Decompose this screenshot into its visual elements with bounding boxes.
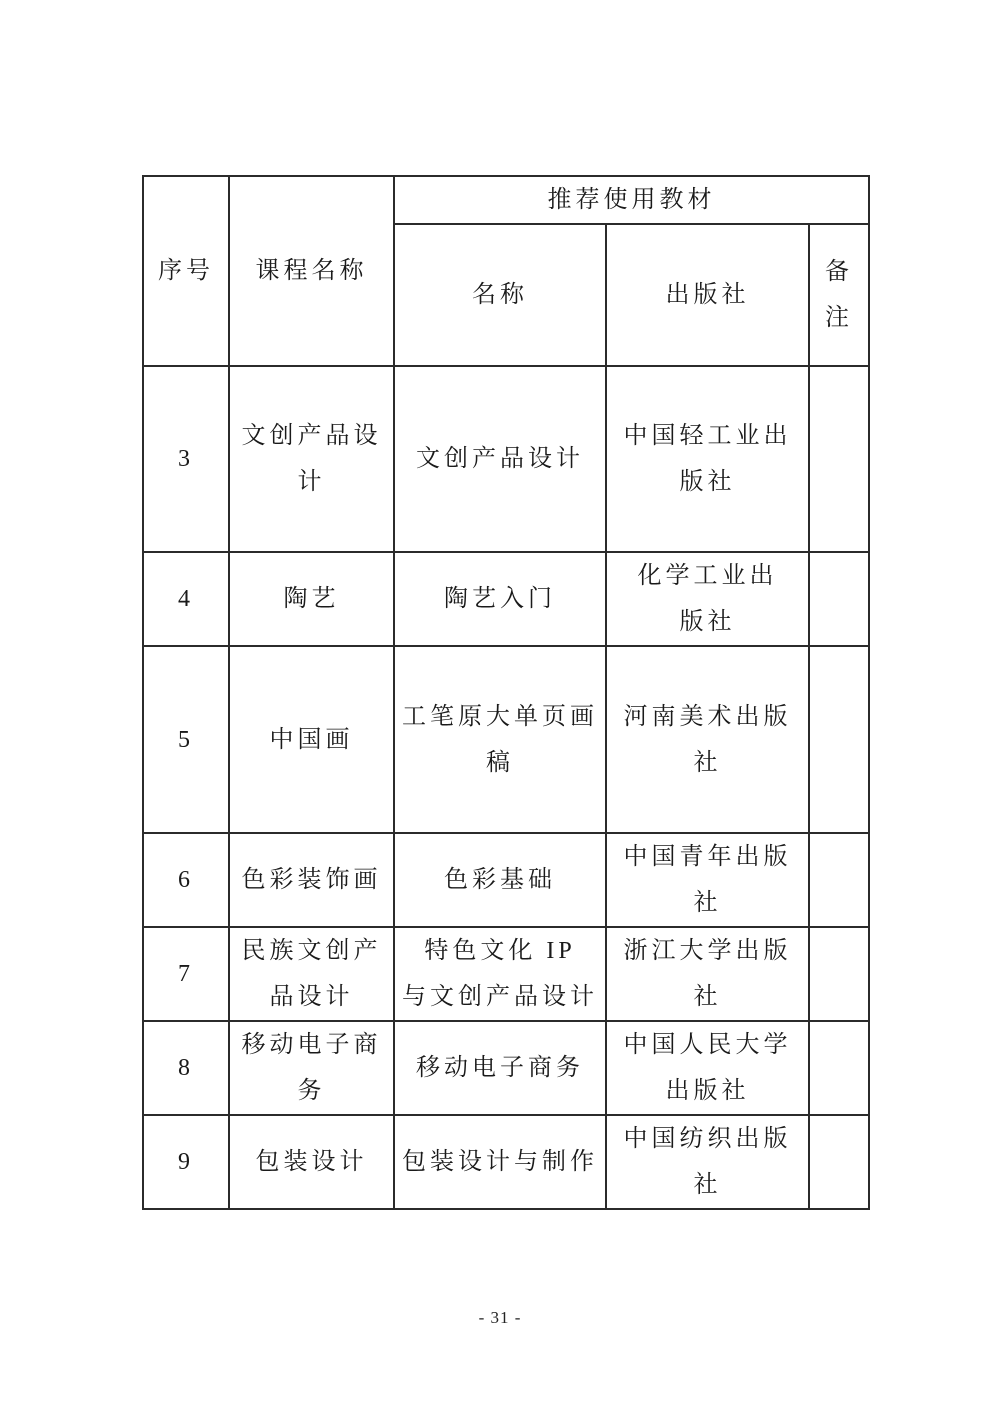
remarks-cell [809, 366, 869, 552]
table-row: 7 民族文创产 品设计 特色文化 IP 与文创产品设计 浙江大学出版 社 [143, 927, 869, 1021]
remarks-cell [809, 1021, 869, 1115]
remarks-cell [809, 927, 869, 1021]
row-no: 9 [143, 1115, 229, 1209]
row-no: 6 [143, 833, 229, 927]
course-name-cell: 移动电子商 务 [229, 1021, 394, 1115]
course-name-cell: 文创产品设 计 [229, 366, 394, 552]
table-header-row-1: 序号 课程名称 推荐使用教材 [143, 176, 869, 224]
course-name-cell: 包装设计 [229, 1115, 394, 1209]
header-cell-remarks: 备 注 [809, 224, 869, 366]
publisher-cell: 浙江大学出版 社 [606, 927, 809, 1021]
textbook-name-cell: 移动电子商务 [394, 1021, 606, 1115]
publisher-cell: 中国青年出版 社 [606, 833, 809, 927]
row-no: 5 [143, 646, 229, 833]
header-cell-course-name: 课程名称 [229, 176, 394, 366]
table-row: 5 中国画 工笔原大单页画 稿 河南美术出版 社 [143, 646, 869, 833]
table-row: 6 色彩装饰画 色彩基础 中国青年出版 社 [143, 833, 869, 927]
table-row: 8 移动电子商 务 移动电子商务 中国人民大学 出版社 [143, 1021, 869, 1115]
publisher-cell: 中国纺织出版 社 [606, 1115, 809, 1209]
publisher-cell: 中国轻工业出 版社 [606, 366, 809, 552]
course-name-cell: 色彩装饰画 [229, 833, 394, 927]
textbook-name-cell: 包装设计与制作 [394, 1115, 606, 1209]
row-no: 4 [143, 552, 229, 646]
textbook-name-cell: 工笔原大单页画 稿 [394, 646, 606, 833]
publisher-cell: 河南美术出版 社 [606, 646, 809, 833]
header-cell-publisher: 出版社 [606, 224, 809, 366]
textbook-name-cell: 文创产品设计 [394, 366, 606, 552]
remarks-cell [809, 833, 869, 927]
recommended-textbook-table: 序号 课程名称 推荐使用教材 名称 出版社 备 注 3 文创产品设 计 文创产品… [142, 175, 870, 1210]
remarks-cell [809, 552, 869, 646]
row-no: 7 [143, 927, 229, 1021]
remarks-cell [809, 1115, 869, 1209]
course-name-cell: 民族文创产 品设计 [229, 927, 394, 1021]
header-cell-textbook-group: 推荐使用教材 [394, 176, 869, 224]
publisher-cell: 中国人民大学 出版社 [606, 1021, 809, 1115]
textbook-name-cell: 特色文化 IP 与文创产品设计 [394, 927, 606, 1021]
header-cell-textbook-name: 名称 [394, 224, 606, 366]
page-number: - 31 - [0, 1308, 1000, 1328]
table-row: 9 包装设计 包装设计与制作 中国纺织出版 社 [143, 1115, 869, 1209]
document-page: 序号 课程名称 推荐使用教材 名称 出版社 备 注 3 文创产品设 计 文创产品… [0, 0, 1000, 1414]
textbook-name-cell: 色彩基础 [394, 833, 606, 927]
table-row: 4 陶艺 陶艺入门 化学工业出 版社 [143, 552, 869, 646]
textbook-name-cell: 陶艺入门 [394, 552, 606, 646]
publisher-cell: 化学工业出 版社 [606, 552, 809, 646]
header-cell-no: 序号 [143, 176, 229, 366]
remarks-cell [809, 646, 869, 833]
row-no: 3 [143, 366, 229, 552]
course-name-cell: 中国画 [229, 646, 394, 833]
table-row: 3 文创产品设 计 文创产品设计 中国轻工业出 版社 [143, 366, 869, 552]
course-name-cell: 陶艺 [229, 552, 394, 646]
row-no: 8 [143, 1021, 229, 1115]
